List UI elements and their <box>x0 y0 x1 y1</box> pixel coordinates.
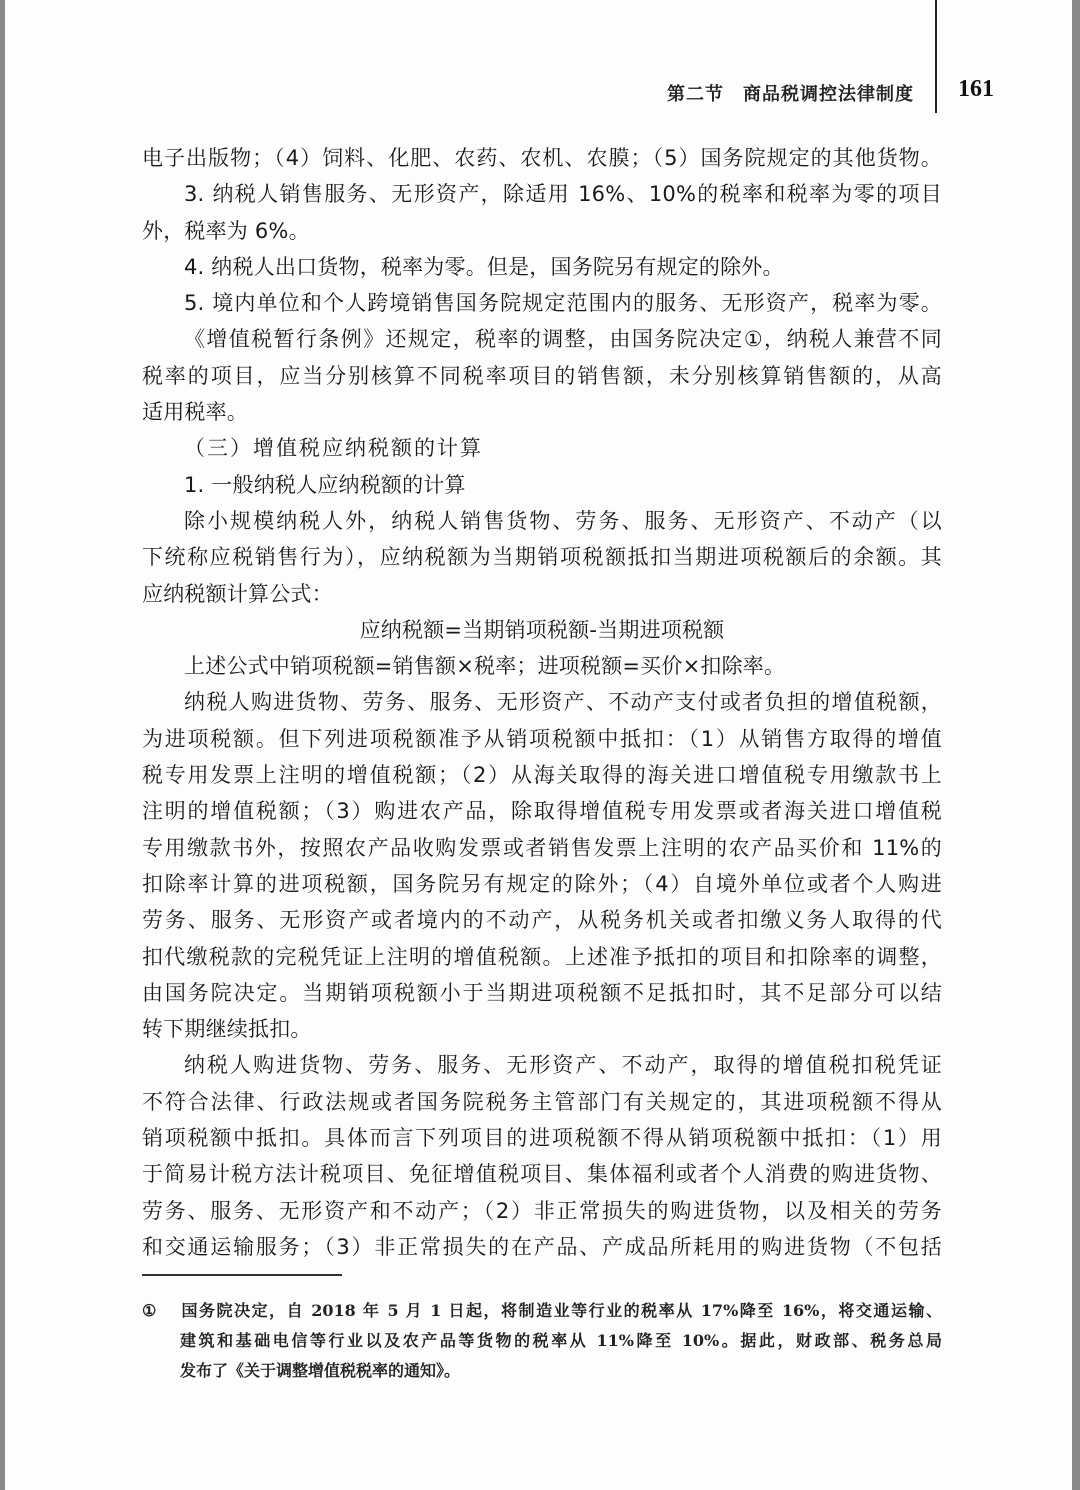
footnotes: ①国务院决定，自 2018 年 5 月 1 日起，将制造业等行业的税率从 17%… <box>142 1296 942 1386</box>
footnote-text: 国务院决定，自 2018 年 5 月 1 日起，将制造业等行业的税率从 17%降… <box>180 1301 942 1320</box>
text-line: 注明的增值税额；（3）购进农产品，除取得增值税专用发票或者海关进口增值税 <box>142 793 942 829</box>
text-line: 5. 境内单位和个人跨境销售国务院规定范围内的服务、无形资产，税率为零。 <box>142 285 942 321</box>
footnote-marker: ① <box>142 1296 180 1326</box>
text-line: 税率的项目，应当分别核算不同税率项目的销售额，未分别核算销售额的，从高 <box>142 358 942 394</box>
text-line: 扣除率计算的进项税额，国务院另有规定的除外；（4）自境外单位或者个人购进 <box>142 866 942 902</box>
text-line: 转下期继续抵扣。 <box>142 1011 942 1047</box>
text-line: 适用税率。 <box>142 394 942 430</box>
body-text: 电子出版物；（4）饲料、化肥、农药、农机、农膜；（5）国务院规定的其他货物。 3… <box>142 140 942 1265</box>
text-line: 除小规模纳税人外，纳税人销售货物、劳务、服务、无形资产、不动产（以 <box>142 503 942 539</box>
text-line: 纳税人购进货物、劳务、服务、无形资产、不动产支付或者负担的增值税额， <box>142 684 942 720</box>
header-vertical-rule <box>935 0 937 113</box>
book-page: 第二节 商品税调控法律制度 161 电子出版物；（4）饲料、化肥、农药、农机、农… <box>5 0 1072 1490</box>
running-header-section-title: 第二节 商品税调控法律制度 <box>667 80 914 106</box>
footnote-line: 发布了《关于调整增值税税率的通知》。 <box>142 1356 942 1386</box>
text-line: 4. 纳税人出口货物，税率为零。但是，国务院另有规定的除外。 <box>142 249 942 285</box>
footnote-line: ①国务院决定，自 2018 年 5 月 1 日起，将制造业等行业的税率从 17%… <box>142 1296 942 1326</box>
page-number: 161 <box>958 76 994 103</box>
numbered-heading: 1. 一般纳税人应纳税额的计算 <box>142 467 942 503</box>
text-line: 于简易计税方法计税项目、免征增值税项目、集体福利或者个人消费的购进货物、 <box>142 1156 942 1192</box>
footnote-separator <box>142 1274 342 1276</box>
text-line: 上述公式中销项税额=销售额×税率；进项税额=买价×扣除率。 <box>142 648 942 684</box>
text-line: 电子出版物；（4）饲料、化肥、农药、农机、农膜；（5）国务院规定的其他货物。 <box>142 140 942 176</box>
text-line: 销项税额中抵扣。具体而言下列项目的进项税额不得从销项税额中抵扣：（1）用 <box>142 1120 942 1156</box>
text-line: 劳务、服务、无形资产和不动产；（2）非正常损失的购进货物，以及相关的劳务 <box>142 1193 942 1229</box>
text-line: 专用缴款书外，按照农产品收购发票或者销售发票上注明的农产品买价和 11%的 <box>142 830 942 866</box>
text-line: 和交通运输服务；（3）非正常损失的在产品、产成品所耗用的购进货物（不包括 <box>142 1229 942 1265</box>
footnote-line: 建筑和基础电信等行业以及农产品等货物的税率从 11%降至 10%。据此，财政部、… <box>142 1326 942 1356</box>
text-line: 由国务院决定。当期销项税额小于当期进项税额不足抵扣时，其不足部分可以结 <box>142 975 942 1011</box>
formula: 应纳税额=当期销项税额-当期进项税额 <box>142 612 942 648</box>
subsection-heading: （三）增值税应纳税额的计算 <box>142 430 942 466</box>
text-line: 为进项税额。但下列进项税额准予从销项税额中抵扣：（1）从销售方取得的增值 <box>142 721 942 757</box>
text-line: 外，税率为 6%。 <box>142 213 942 249</box>
text-line: 税专用发票上注明的增值税额；（2）从海关取得的海关进口增值税专用缴款书上 <box>142 757 942 793</box>
text-line: 纳税人购进货物、劳务、服务、无形资产、不动产，取得的增值税扣税凭证 <box>142 1047 942 1083</box>
text-line: 扣代缴税款的完税凭证上注明的增值税额。上述准予抵扣的项目和扣除率的调整， <box>142 939 942 975</box>
text-line: 下统称应税销售行为），应纳税额为当期销项税额抵扣当期进项税额后的余额。其 <box>142 539 942 575</box>
text-line: 劳务、服务、无形资产或者境内的不动产，从税务机关或者扣缴义务人取得的代 <box>142 902 942 938</box>
text-line: 不符合法律、行政法规或者国务院税务主管部门有关规定的，其进项税额不得从 <box>142 1084 942 1120</box>
text-line: 3. 纳税人销售服务、无形资产，除适用 16%、10%的税率和税率为零的项目 <box>142 176 942 212</box>
text-line: 应纳税额计算公式： <box>142 576 942 612</box>
text-line: 《增值税暂行条例》还规定，税率的调整，由国务院决定①，纳税人兼营不同 <box>142 321 942 357</box>
